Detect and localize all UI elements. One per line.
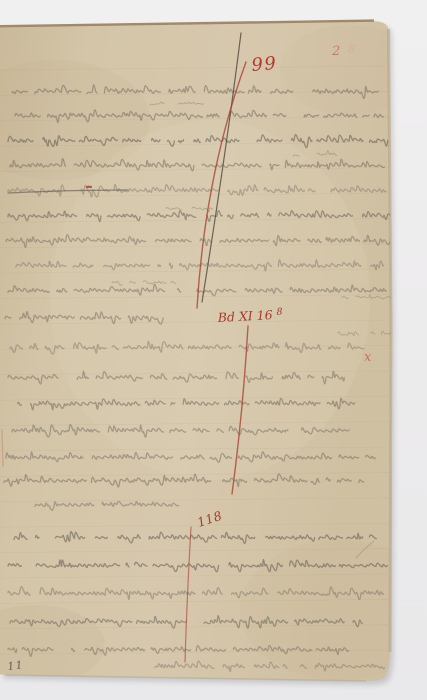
red-margin-cross: x — [364, 350, 372, 365]
red-edge-bleed — [2, 430, 3, 466]
notebook-page-canvas: 99 2 8 Bd XI 16 8 118 x 11 — [0, 0, 427, 700]
red-reference-main: Bd XI 16 — [216, 307, 273, 325]
scanned-document-photo: 99 2 8 Bd XI 16 8 118 x 11 — [0, 0, 427, 700]
paper-highlight — [50, 120, 370, 480]
red-corner-digit-2: 8 — [348, 42, 356, 56]
red-corner-digit-1: 2 — [331, 44, 340, 59]
paper-stain — [280, 25, 420, 115]
red-reference-superscript: 8 — [276, 307, 283, 318]
pencil-page-number: 11 — [7, 659, 25, 673]
red-folio-number: 99 — [251, 53, 279, 76]
